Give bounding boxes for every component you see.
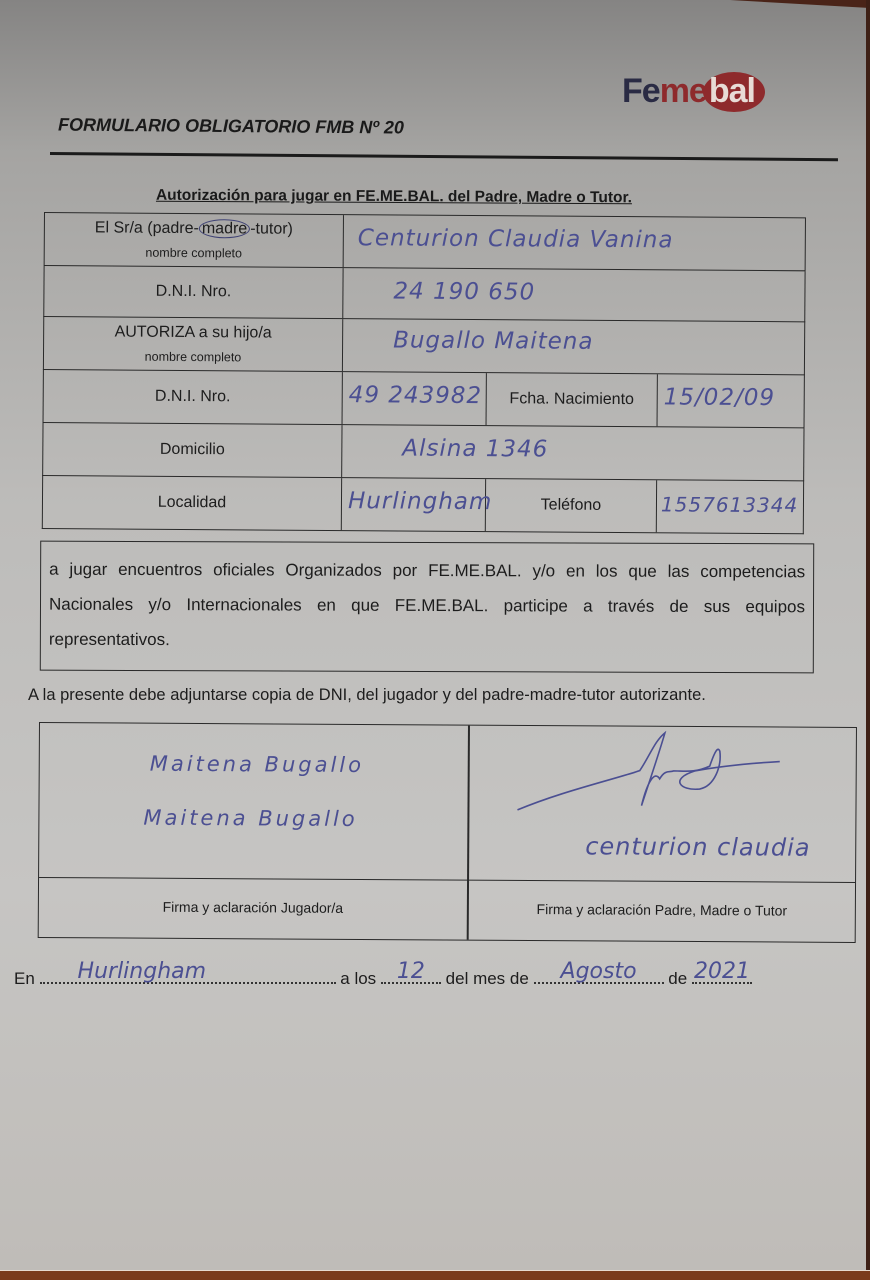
tutor-label-circled-option: madre [199,219,250,238]
place-value: Hurlingham [40,959,336,984]
child-name-value: Bugallo Maitena [393,327,594,354]
day-value: 12 [381,959,441,984]
tutor-label-prefix: El Sr/a (padre- [95,219,199,237]
phone-label: Teléfono [486,479,657,532]
year-field[interactable]: 2021 [692,966,752,984]
tutor-dni-label: D.N.I. Nro. [44,266,343,318]
birth-date-field[interactable]: 15/02/09 [658,374,804,427]
birth-date-label: Fcha. Nacimiento [487,373,658,426]
form-subtitle: Autorización para jugar en FE.ME.BAL. de… [156,187,632,207]
row-address: Domicilio Alsina 1346 [42,423,804,481]
address-value: Alsina 1346 [402,436,548,463]
child-name-field[interactable]: Bugallo Maitena [343,319,804,374]
tutor-label: El Sr/a (padre-madre-tutor) [95,219,293,238]
child-sublabel: nombre completo [145,350,242,365]
player-signature-caption: Firma y aclaración Jugador/a [39,898,467,917]
row-locality: Localidad Hurlingham Teléfono 1557613344 [42,476,804,534]
child-dni-value: 49 243982 [349,382,483,409]
parent-name-clarification[interactable]: centurion claudia [585,832,810,861]
locality-label: Localidad [43,476,342,530]
date-line-de: de [668,969,687,988]
address-label: Domicilio [43,423,342,477]
child-label: AUTORIZA a su hijo/a [115,323,272,342]
signature-table: Maitena Bugallo Maitena Bugallo centurio… [38,722,857,943]
month-value: Agosto [534,959,664,984]
child-label-cell: AUTORIZA a su hijo/a nombre completo [44,317,343,371]
date-place-line: En Hurlingham a los 12 del mes de Agosto… [14,966,814,989]
year-value: 2021 [692,959,752,984]
table-background-edge [866,0,870,1280]
authorization-grid: El Sr/a (padre-madre-tutor) nombre compl… [42,212,806,534]
attachment-note: A la presente debe adjuntarse copia de D… [28,686,706,705]
child-dni-field[interactable]: 49 243982 [343,372,487,425]
phone-value: 1557613344 [661,492,798,517]
tutor-label-suffix: -tutor) [250,220,293,237]
logo-text-fe: Fe [622,72,660,110]
row-tutor-name: El Sr/a (padre-madre-tutor) nombre compl… [44,212,806,271]
tutor-dni-value: 24 190 650 [393,278,535,305]
signature-caption-row: Firma y aclaración Jugador/a Firma y acl… [39,878,855,942]
day-field[interactable]: 12 [381,966,441,984]
phone-field[interactable]: 1557613344 [657,480,803,533]
tutor-sublabel: nombre completo [145,246,242,261]
logo-text-me: me [660,72,707,110]
logo-ball-icon: bal [703,72,765,112]
child-dni-label: D.N.I. Nro. [44,370,343,424]
date-line-del-mes-de: del mes de [446,969,529,988]
tutor-name-value: Centurion Claudia Vanina [358,225,674,253]
date-line-a-los: a los [340,969,376,988]
row-tutor-dni: D.N.I. Nro. 24 190 650 [43,266,805,322]
birth-date-value: 15/02/09 [664,384,775,411]
tutor-label-cell: El Sr/a (padre-madre-tutor) nombre compl… [45,213,344,267]
month-field[interactable]: Agosto [534,966,664,984]
locality-field[interactable]: Hurlingham [342,478,486,531]
authorization-text: a jugar encuentros oficiales Organizados… [40,541,814,674]
place-field[interactable]: Hurlingham [40,966,336,984]
tutor-dni-field[interactable]: 24 190 650 [343,268,804,321]
date-line-prefix: En [14,969,35,988]
signature-area-row: Maitena Bugallo Maitena Bugallo centurio… [39,723,856,883]
player-name-clarification[interactable]: Maitena Bugallo [143,806,357,831]
tutor-name-field[interactable]: Centurion Claudia Vanina [344,215,805,270]
form-title: FORMULARIO OBLIGATORIO FMB Nº 20 [58,114,404,138]
player-signature[interactable]: Maitena Bugallo [150,752,364,777]
row-child-dni: D.N.I. Nro. 49 243982 Fcha. Nacimiento 1… [43,370,805,428]
femebal-logo: Femebal [622,72,765,111]
table-background-bottom [0,1270,870,1280]
row-child-name: AUTORIZA a su hijo/a nombre completo Bug… [43,317,805,375]
address-field[interactable]: Alsina 1346 [342,425,803,480]
locality-value: Hurlingham [348,488,493,515]
parent-signature-caption: Firma y aclaración Padre, Madre o Tutor [469,901,855,919]
parent-signature-scribble[interactable] [509,730,790,822]
